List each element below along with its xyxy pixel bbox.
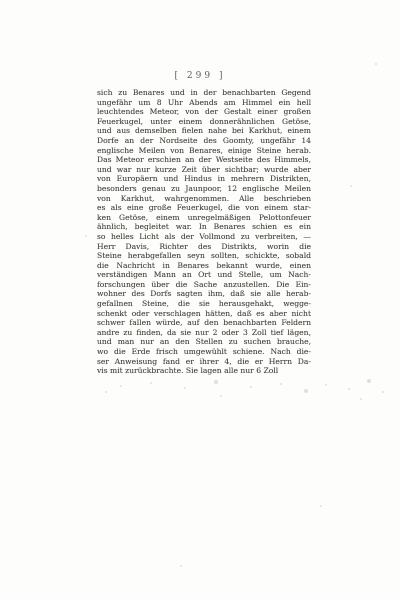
text-line: wohner des Dorfs sagten ihm, daß sie all… [97, 289, 311, 299]
text-line: Herr Davis, Richter des Distrikts, worin… [97, 242, 311, 252]
text-line: besonders genau zu Jaunpoor, 12 englisch… [97, 184, 311, 194]
scan-noise-speckles [120, 385, 122, 387]
text-line: wo die Erde frisch umgewühlt schiene. Na… [97, 347, 311, 357]
text-block: sich zu Benares und in der benachbarten … [97, 88, 311, 376]
text-line: forschungen über die Sache anzustellen. … [97, 280, 311, 290]
text-line: ken Getöse, einem unregelmäßigen Pelotto… [97, 213, 311, 223]
text-line: ser Anweisung fand er ihrer 4, die er He… [97, 357, 311, 367]
text-line: verständigen Mann an Ort und Stelle, um … [97, 270, 311, 280]
text-line: Dorfe an der Nordseite des Goomty, ungef… [97, 136, 311, 146]
text-line: vis mit zurückbrachte. Sie lagen alle nu… [97, 366, 311, 376]
text-line: Das Meteor erschien an der Westseite des… [97, 155, 311, 165]
text-line: sich zu Benares und in der benachbarten … [97, 88, 311, 98]
text-line: von Karkhut, wahrgenommen. Alle beschrie… [97, 194, 311, 204]
text-line: andre zu finden, da sie nur 2 oder 3 Zol… [97, 328, 311, 338]
text-line: Feuerkugel, unter einem donnerähnlichen … [97, 117, 311, 127]
text-line: ähnlich, begleitet war. In Benares schie… [97, 222, 311, 232]
text-line: die Nachricht in Benares bekannt wurde, … [97, 261, 311, 271]
text-line: schwer fallen würde, auf den benachbarte… [97, 318, 311, 328]
text-line: und man nur an den Stellen zu suchen bra… [97, 337, 311, 347]
text-line: Steine herabgefallen seyn sollten, schic… [97, 251, 311, 261]
text-line: ungefähr um 8 Uhr Abends am Himmel ein h… [97, 98, 311, 108]
text-line: gefallnen Steine, die sie herausgehakt, … [97, 299, 311, 309]
text-line: von Europäern und Hindus in mehrern Dist… [97, 174, 311, 184]
text-line: und war nur kurze Zeit über sichtbar; wu… [97, 165, 311, 175]
text-line: es als eine große Feuerkugel, die von ei… [97, 203, 311, 213]
page-number: [ 299 ] [0, 71, 400, 81]
scanned-book-page: [ 299 ] sich zu Benares und in der benac… [0, 0, 400, 599]
text-line: leuchtendes Meteor, von der Gestalt eine… [97, 107, 311, 117]
text-line: und aus demselben fielen nahe bei Karkhu… [97, 126, 311, 136]
text-line: so helles Licht als der Vollmond zu verb… [97, 232, 311, 242]
text-line: englische Meilen von Benares, einige Ste… [97, 146, 311, 156]
text-line: schenkt oder verschlagen hätten, daß es … [97, 309, 311, 319]
